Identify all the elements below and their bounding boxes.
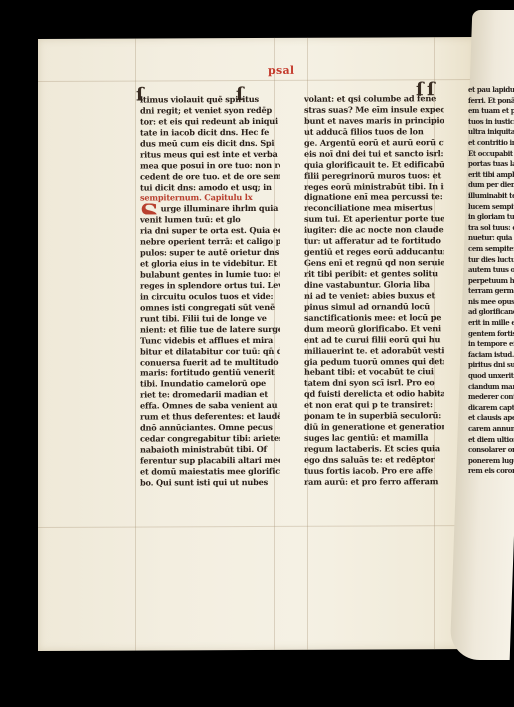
text-line: qd fuisti derelicta et odio habita (304, 388, 444, 400)
text-line: em tuam et prepositos (468, 106, 514, 117)
text-line: sum tui. Et aperientur porte tue (304, 213, 444, 225)
text-line: Gens enī et regnū qd non seruie (304, 257, 444, 269)
text-line: gentem fortissimam. Ego dns (468, 329, 514, 340)
text-line: ut adducā filios tuos de lon (304, 126, 444, 138)
text-line: carem annum placabilem dno: (468, 424, 514, 435)
text-line: perpetuum hereditabunt (468, 276, 514, 287)
text-line: bulabunt gentes in lumie tuo: et (140, 269, 280, 281)
text-line: ego dns saluās te: et redēptor (304, 454, 444, 466)
text-line: rit tibi peribit: et gentes solitu (304, 268, 444, 280)
text-line: tuos in iusticia. Non audietur (468, 117, 514, 128)
text-line: tur dies luctus tui. Populus (468, 255, 514, 266)
text-line: mederer contritis corde: et pre (468, 392, 514, 403)
text-line: tui dicit dns: amodo et usq; in (140, 181, 280, 193)
text-line: ritus meus qui est inte et verba (140, 149, 280, 161)
text-line: in gloriam tuam. Non occidet ul (468, 212, 514, 223)
text-line: et contritio in terminis tuis. (468, 138, 514, 149)
text-line: dus meū cum eis dicit dns. Spi (140, 138, 280, 150)
text-line: dum meorū glorificabo. Et veni (304, 323, 444, 335)
text-line: omnes isti congregati sūt venē (140, 302, 280, 314)
text-column-right: volant: et qsi columbe ad fene stras sua… (304, 93, 444, 487)
text-line: in tempore eius subito (468, 339, 514, 350)
text-line: cedent de ore tuo. et de ore seminis (140, 170, 280, 182)
text-line: bunt et naves maris in principio: (304, 115, 444, 127)
text-line: nebre operient terrā: et caligo po (140, 236, 280, 248)
text-line: dnō annūciantes. Omne pecus (140, 422, 280, 434)
text-line: cem sempiternam: et complebun (468, 244, 514, 255)
text-column-left: ltimus violauit quē spiritus dni regit; … (140, 94, 280, 488)
text-line: ria dni super te orta est. Quia ecce te (140, 225, 280, 237)
ruling-line-horizontal (38, 79, 476, 82)
text-line: ponam te in superbiā seculorū: gau (304, 410, 444, 422)
text-line: bo. Qui sunt isti qui ut nubes (140, 477, 280, 489)
text-line: effa. Omnes de saba venient au (140, 400, 280, 412)
text-line: dum per diem: nec splendor lune (468, 180, 514, 191)
text-line: gia pedum tuorū omnes qui detra (304, 356, 444, 368)
text-line: riet te: dromedarii madian et (140, 389, 280, 401)
text-line: pinus simul ad ornandū locū (304, 301, 444, 313)
text-line: hebant tibi: et vocabūt te ciui (304, 367, 444, 379)
text-line: ge. Argentū eorū et aurū eorū cum (304, 137, 444, 149)
text-line: erit in mille et paruulus in (468, 318, 514, 329)
text-line: tor: et eis qui redeunt ab iniqui (140, 116, 280, 128)
ruling-line-horizontal (38, 525, 476, 528)
text-line: Tunc videbis et afflues et mira (140, 335, 280, 347)
text-line: diū in generatione et generationē. Et (304, 421, 444, 433)
text-line: rum et thus deferentes: et laudē (140, 411, 280, 423)
text-line: ltimus violauit quē spiritus (140, 94, 280, 106)
text-line: ferri. Et ponā visitatio (468, 96, 514, 107)
text-line: cedar congregabitur tibi: arietes (140, 433, 280, 445)
text-line: ram aurū: et pro ferro afferam (304, 476, 444, 488)
text-line: tatem dni syon scī isrl. Pro eo (304, 378, 444, 390)
text-line: consolarer omnes lugentes. Ut (468, 445, 514, 456)
text-line: erit tibi amplius sol ad lucen (468, 170, 514, 181)
text-line: Et occupabit salus muros tuos: et (468, 149, 514, 160)
text-line: autem tuus omnes iusti in (468, 265, 514, 276)
text-line: maris: fortitudo gentiū venerit (140, 367, 280, 379)
text-line: lucem sempiternā: et deus tuus (468, 202, 514, 213)
text-line: filii peregrinorū muros tuos: et (304, 170, 444, 182)
text-line: et diem ultionis deo nostro: ut (468, 435, 514, 446)
facing-page-text: et pau lapidum et f ferri. Et ponā visit… (468, 85, 514, 485)
text-line: piritus dni super me: eo (468, 360, 514, 371)
text-line: ni ad te veniet: abies buxus et (304, 290, 444, 302)
text-line: terram germen plantatio (468, 286, 514, 297)
chapter-heading: faciam istud. Capitulum lxi (468, 350, 514, 361)
text-line: dine vastabuntur. Gloria liba (304, 279, 444, 291)
text-line: nis mee opus manus mee (468, 297, 514, 308)
text-line: tur: ut afferatur ad te fortitudo (304, 235, 444, 247)
text-line: Surge illuminare ihrlm quia (140, 203, 280, 215)
text-line: tibi. Inundatio camelorū ope (140, 378, 280, 390)
rubricated-initial: S (140, 204, 159, 215)
text-line: rem eis coronam pro cinere. Et (468, 466, 514, 477)
text-line: miliauerint te. et adorabūt vesti (304, 345, 444, 357)
text-line: gentiū et reges eorū adducantur. (304, 246, 444, 258)
text-line: illuminabit te: sed erit tibi dns in (468, 191, 514, 202)
text-line: bitur et dilatabitur cor tuū: qn̄ do (140, 345, 280, 357)
text-line: nient: et filie tue de latere surgent. (140, 324, 280, 336)
text-line: dignatione enī mea percussi te: et in (304, 192, 444, 204)
text-line: nabaioth ministrabūt tibi. Of (140, 444, 280, 456)
text-line: ultra iniquitas in terra tua: vastitas (468, 127, 514, 138)
text-line: ad glorificandum. Minimus (468, 307, 514, 318)
text-line: dicarem captivis indulgentiam (468, 403, 514, 414)
text-line: et gloria eius in te videbitur. Et am (140, 258, 280, 270)
text-line: ferentur sup placabili altari meo: (140, 455, 280, 467)
text-line: et clausis apertionem: ut predi (468, 413, 514, 424)
text-line: tate in iacob dicit dns. Hec fe (140, 127, 280, 139)
text-line: ponerem lugentibus syon: et da (468, 456, 514, 467)
text-line: quod unxerit dns me: ad annun (468, 371, 514, 382)
text-line: regum lactaberis. Et scies quia (304, 443, 444, 455)
text-line: conuersa fuerit ad te multitudo (140, 356, 280, 368)
text-line: et pau lapidum et f (468, 85, 514, 96)
text-line: sanctificationis mee: et locū pe (304, 312, 444, 324)
running-head: psal (268, 64, 294, 77)
text-line: venit lumen tuū: et glo (140, 214, 280, 226)
text-line: eis noī dni dei tui et sancto isrl: (304, 148, 444, 160)
text-line: pulos: super te autē orietur dns: (140, 247, 280, 259)
text-line: portas tuas laudatio. Non (468, 159, 514, 170)
text-line: urge illuminare ihrlm quia (161, 203, 279, 214)
text-line: reges in splendore ortus tui. Leva (140, 280, 280, 292)
text-line: suges lac gentiū: et mamilla (304, 432, 444, 444)
text-line: ciandum mansuetis misit me: ut (468, 382, 514, 393)
text-line: dni regit; et veniet syon redēp (140, 105, 280, 117)
text-line: et domū maiestatis mee glorifica (140, 466, 280, 478)
text-line: nuetur: quia erit tibi dns in lu (468, 233, 514, 244)
text-line: ent ad te curui filii eorū qui hu (304, 334, 444, 346)
text-line: reges eorū ministrabūt tibi. In in (304, 181, 444, 193)
text-line: in circuitu oculos tuos et vide: (140, 291, 280, 303)
chapter-heading: sempiternum. Capitulu lx (140, 192, 280, 204)
text-line: et non erat qui p te transiret: (304, 399, 444, 411)
text-line: stras suas? Me eīm insule expecta (304, 104, 444, 116)
text-line: tuus fortis iacob. Pro ere affe (304, 465, 444, 477)
text-line: quia glorificauit te. Et edificabūt (304, 159, 444, 171)
text-line: volant: et qsi columbe ad fene (304, 93, 444, 105)
text-line: tra sol tuus: et luna tua non mi (468, 223, 514, 234)
manuscript-leaf: psal ſ ſ ſ ſ ltimus violauit quē spiritu… (38, 37, 476, 651)
text-line: runt tibi. Filii tui de longe ve (140, 313, 280, 325)
text-line: iugiter: die ac nocte non claude (304, 224, 444, 236)
text-line: reconciliatione mea misertus (304, 203, 444, 215)
text-line: mea que posui in ore tuo: non re (140, 160, 280, 172)
ruling-line-vertical (135, 39, 136, 651)
